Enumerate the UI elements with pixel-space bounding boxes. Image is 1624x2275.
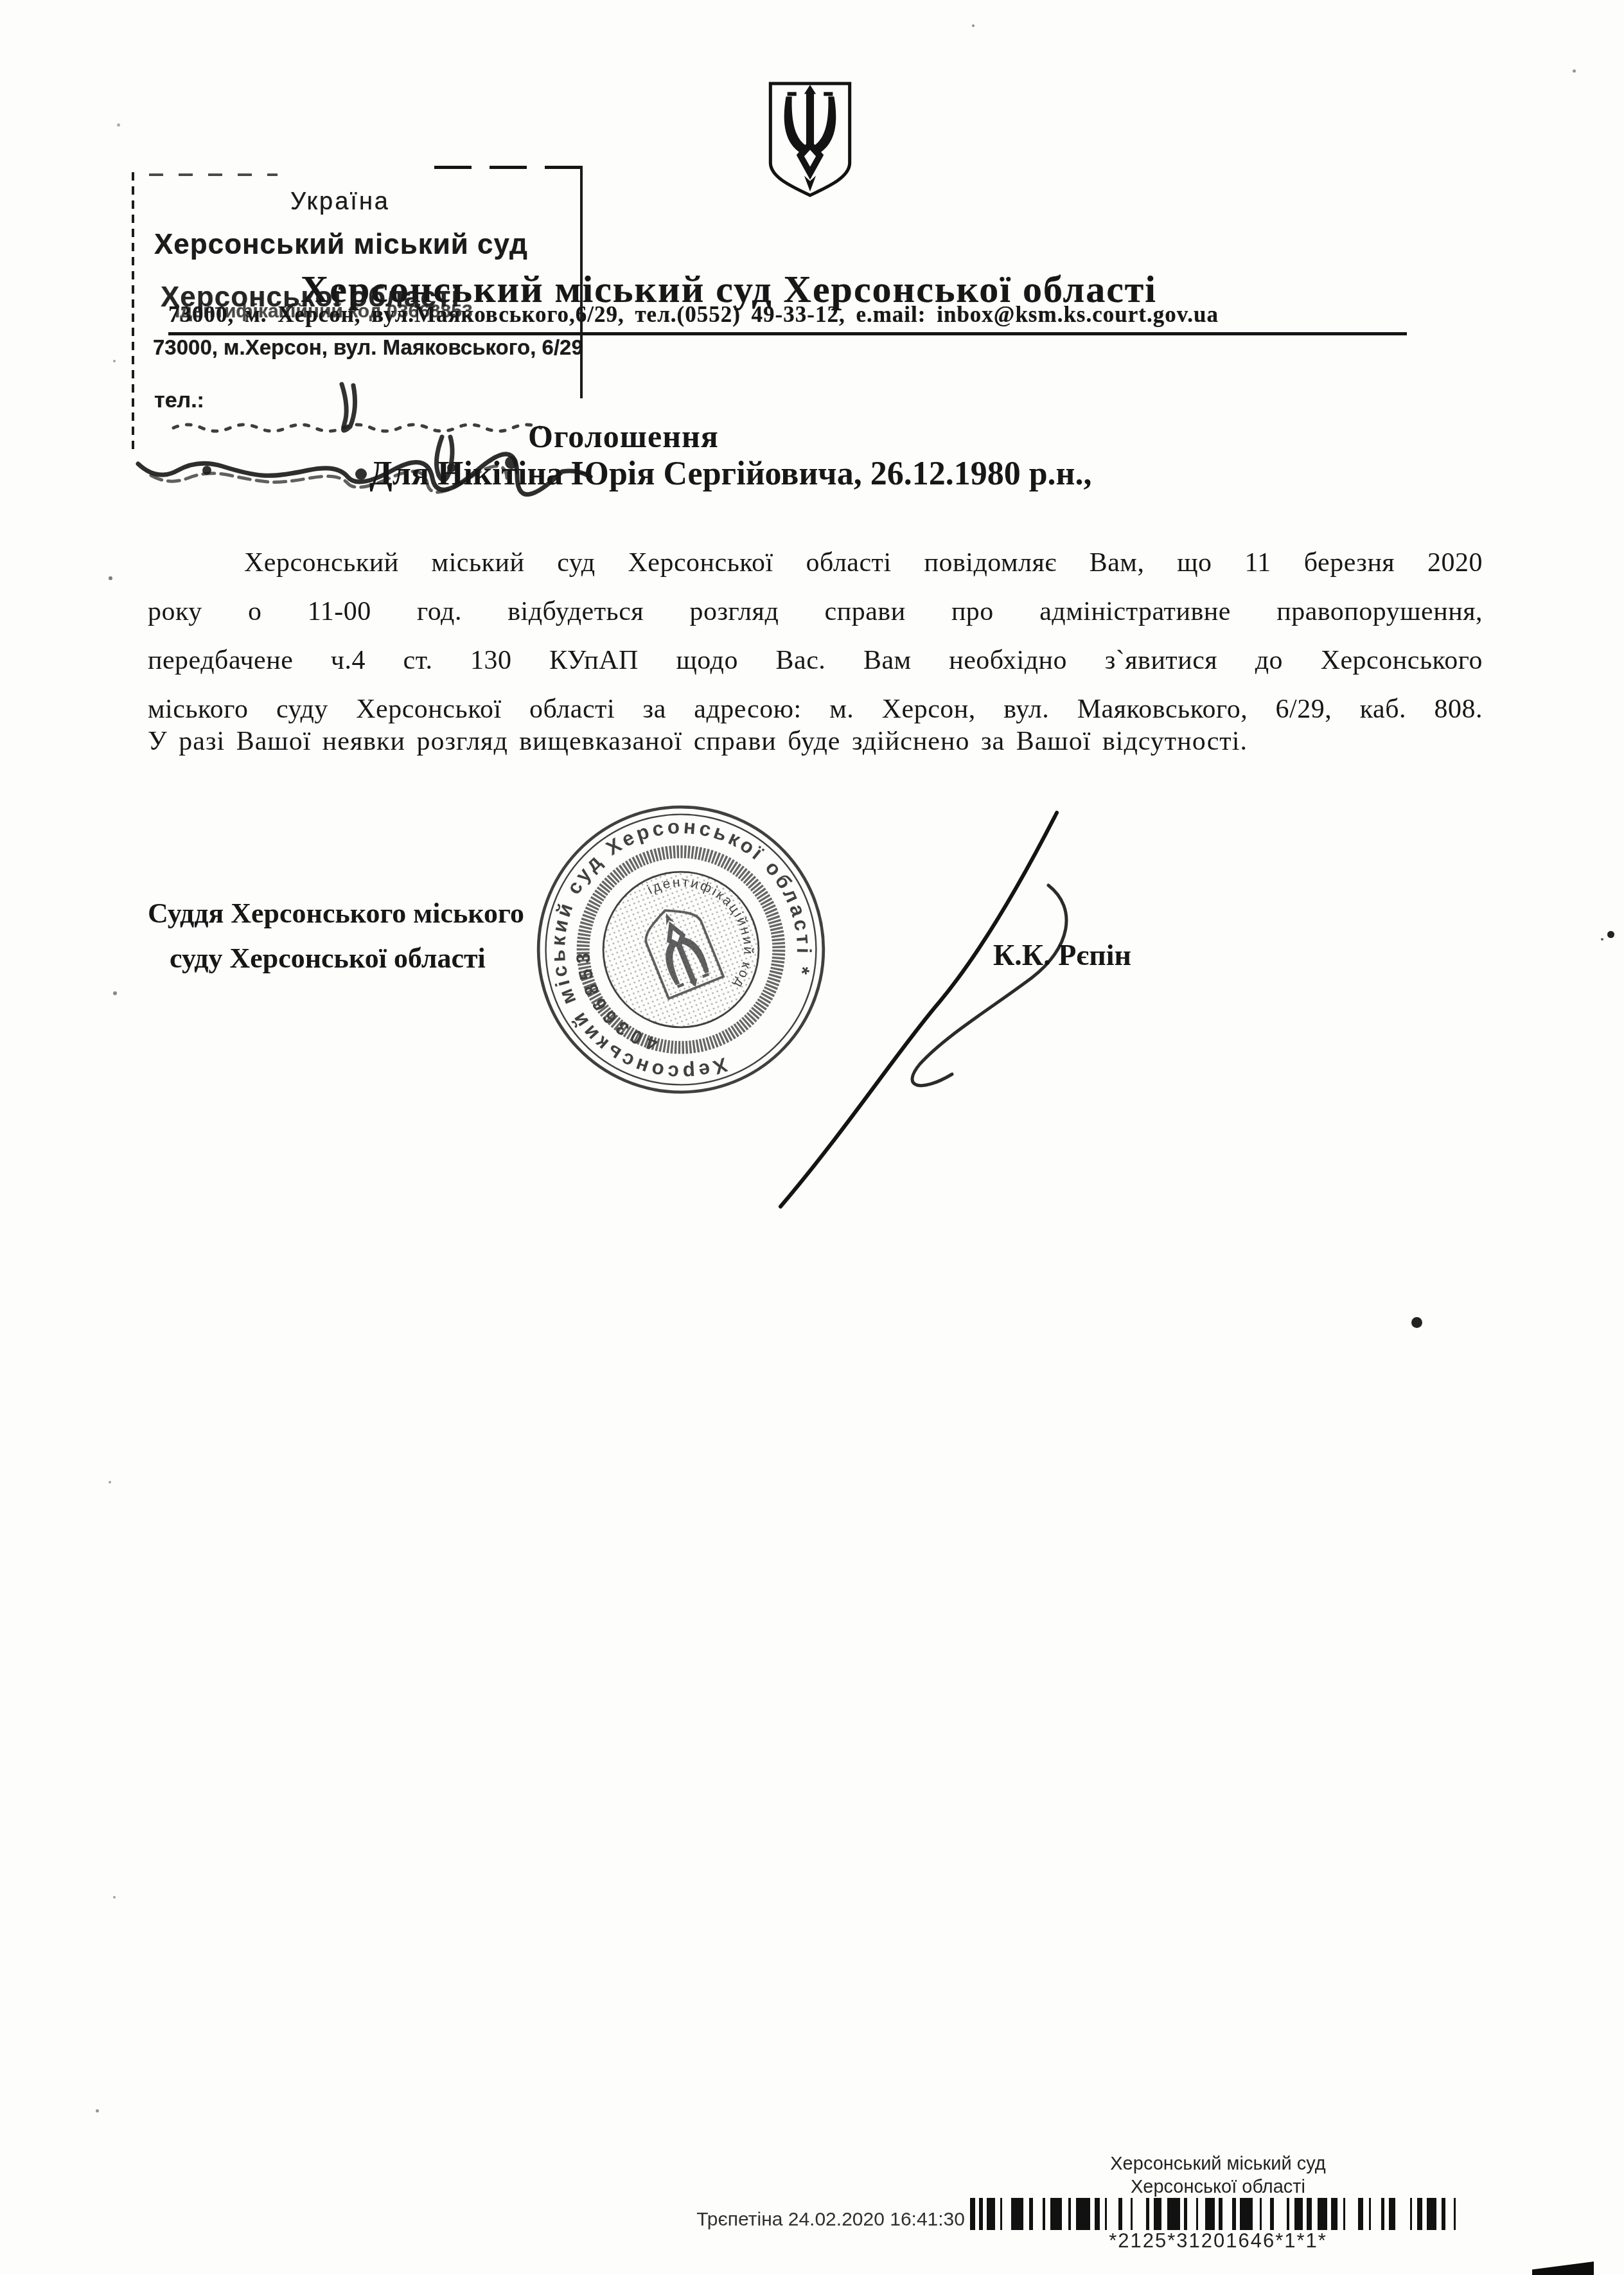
body-line-1: Херсонський міський суд Херсонської обла…	[148, 538, 1483, 587]
barcode-bar	[1011, 2198, 1024, 2230]
barcode-bar	[979, 2198, 983, 2230]
barcode-bar	[1068, 2198, 1070, 2230]
barcode-bar	[1043, 2198, 1045, 2230]
scan-speck	[109, 576, 112, 580]
barcode-bar	[1029, 2198, 1033, 2230]
scan-corner-artifact	[1532, 2262, 1594, 2275]
registrar-timestamp: Трєпетіна 24.02.2020 16:41:30	[680, 2209, 965, 2231]
barcode-bar	[1240, 2198, 1253, 2230]
barcode-bar	[1389, 2198, 1395, 2230]
barcode-bar	[1318, 2198, 1327, 2230]
scan-speck	[113, 360, 116, 362]
barcode-bar	[1167, 2198, 1180, 2230]
scan-speck	[109, 1481, 111, 1483]
barcode-bar	[1442, 2198, 1445, 2230]
stamp-address: 73000, м.Херсон, вул. Маяковського, 6/29	[153, 335, 583, 360]
scan-speck	[117, 123, 120, 127]
scan-speck	[1607, 931, 1614, 938]
scan-speck	[1411, 1317, 1422, 1328]
footer-court-line2: Херсонської області	[970, 2177, 1466, 2198]
scan-speck	[96, 2109, 99, 2112]
barcode-bar	[1146, 2198, 1150, 2230]
barcode-bar	[1343, 2198, 1345, 2230]
stamp-id-code: Ідентифікаційний код 03668853	[175, 301, 473, 323]
barcode-bar	[1260, 2198, 1262, 2230]
barcode-bar	[1454, 2198, 1456, 2230]
barcode-bar	[1294, 2198, 1303, 2230]
judge-title-line1: Суддя Херсонського міського	[148, 897, 524, 930]
barcode-bar	[1184, 2198, 1188, 2230]
barcode-bar	[1410, 2198, 1412, 2230]
barcode-bar	[1154, 2198, 1162, 2230]
barcode-bar	[1381, 2198, 1385, 2230]
ukraine-trident-icon	[766, 81, 854, 198]
footer-court-line1: Херсонський міський суд	[970, 2154, 1466, 2175]
body-line-2: року о 11-00 год. відбудеться розгляд сп…	[148, 587, 1483, 636]
barcode	[970, 2198, 1466, 2230]
barcode-bar	[1307, 2198, 1312, 2230]
barcode-bar	[1105, 2198, 1107, 2230]
judge-title-line2: суду Херсонської області	[170, 942, 486, 975]
barcode-bar	[1232, 2198, 1236, 2230]
barcode-bar	[1000, 2198, 1002, 2230]
stamp-border-top-left	[149, 173, 278, 176]
scan-speck	[972, 24, 975, 27]
notice-heading: Оголошення	[528, 418, 719, 455]
barcode-bar	[1358, 2198, 1363, 2230]
barcode-bar	[1050, 2198, 1061, 2230]
barcode-bar	[1131, 2198, 1133, 2230]
barcode-bar	[1287, 2198, 1289, 2230]
barcode-bar	[1369, 2198, 1371, 2230]
judge-signature-stroke	[707, 790, 1118, 1240]
barcode-bar	[1076, 2198, 1090, 2230]
barcode-bar	[1118, 2198, 1122, 2230]
stamp-border-top-right	[434, 166, 583, 169]
scan-speck	[113, 991, 117, 995]
notice-addressee: Для Нікітіна Юрія Сергійовича, 26.12.198…	[369, 455, 1092, 493]
barcode-bar	[1205, 2198, 1215, 2230]
absence-line: У разі Вашої неявки розгляд вищевказаної…	[148, 726, 1248, 757]
stamp-court-line1: Херсонський міський суд	[154, 229, 528, 261]
barcode-bar	[1219, 2198, 1222, 2230]
barcode-bar	[970, 2198, 975, 2230]
barcode-bar	[1095, 2198, 1100, 2230]
barcode-bar	[1270, 2198, 1274, 2230]
scan-speck	[113, 1896, 116, 1899]
scanned-court-notice-page: Херсонський міський суд Херсонської обла…	[0, 0, 1624, 2275]
stamp-country: Україна	[290, 188, 390, 216]
stamp-border-right	[580, 166, 583, 398]
scan-speck	[1601, 938, 1603, 941]
body-line-3: передбачене ч.4 ст. 130 КУпАП щодо Вас. …	[148, 636, 1483, 685]
barcode-bar	[1427, 2198, 1436, 2230]
scan-speck	[1573, 69, 1576, 73]
barcode-bar	[1331, 2198, 1337, 2230]
barcode-bar	[1196, 2198, 1198, 2230]
notice-body: Херсонський міський суд Херсонської обла…	[148, 538, 1483, 734]
barcode-bar	[1417, 2198, 1422, 2230]
barcode-bar	[987, 2198, 995, 2230]
barcode-value: *2125*31201646*1*1*	[970, 2229, 1466, 2253]
